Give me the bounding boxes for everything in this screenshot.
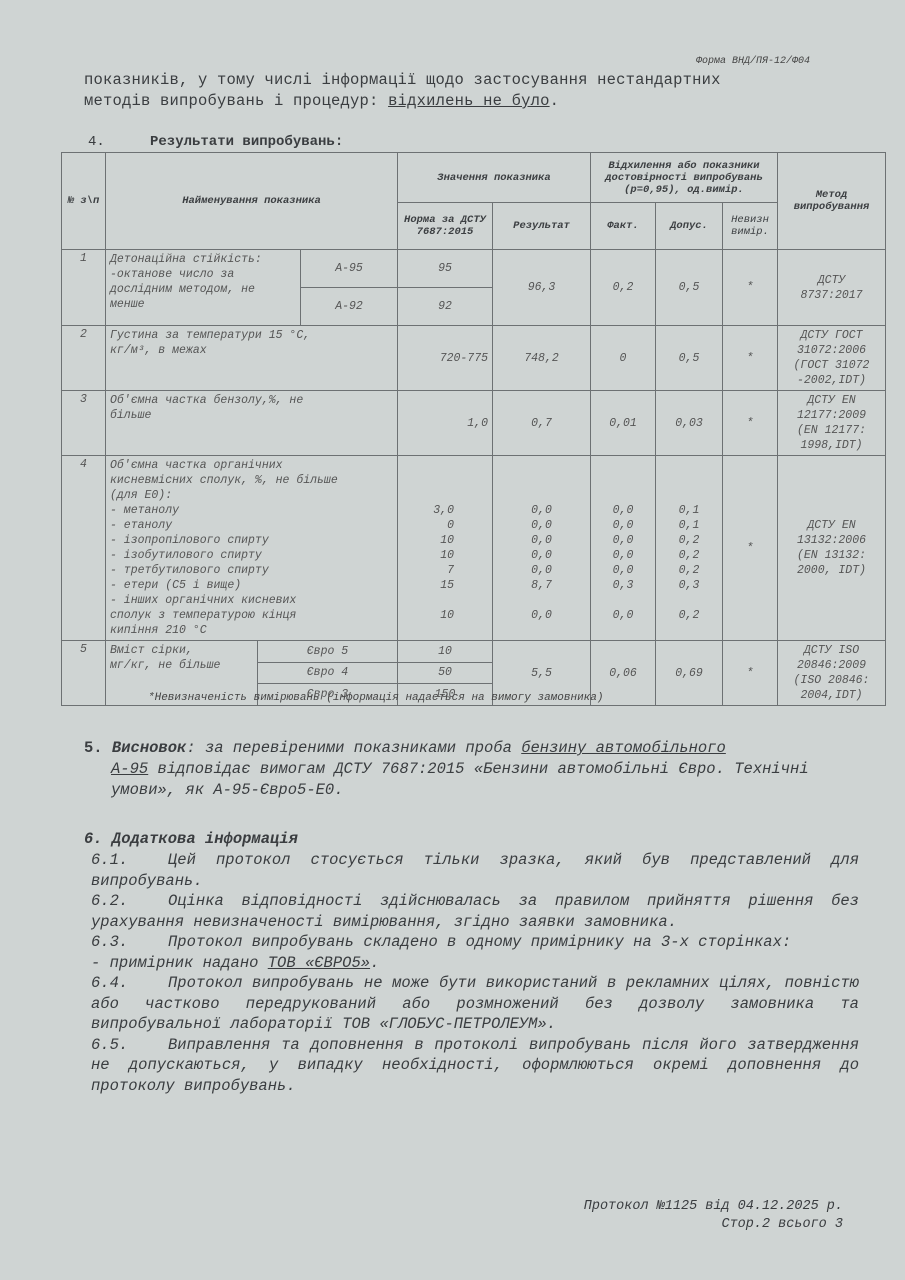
row-norm: 95: [398, 250, 493, 288]
section-5-underlined-a: бензину автомобільного: [521, 739, 726, 757]
row-uncertainty: *: [723, 326, 778, 391]
row-result: 0,0 0,0 0,0 0,0 0,0 8,7 0,0: [493, 456, 591, 641]
intro-paragraph: показників, у тому числі інформації щодо…: [84, 70, 874, 112]
item-6-1: 6.1.Цей протокол стосується тільки зразк…: [91, 850, 859, 891]
header-tolerance: Допус.: [656, 203, 723, 250]
row-num: 5: [62, 641, 106, 706]
intro-suffix: .: [550, 92, 560, 110]
row-tolerance: 0,03: [656, 391, 723, 456]
row-tolerance: 0,5: [656, 326, 723, 391]
intro-line-1: показників, у тому числі інформації щодо…: [84, 70, 874, 91]
table-row: 5 Вміст сірки, мг/кг, не більше Євро 5 1…: [62, 641, 886, 663]
row-grade: А-92: [301, 288, 398, 326]
row-norm: 720-775: [398, 326, 493, 391]
page-footer: Протокол №1125 від 04.12.2025 р. Стор.2 …: [584, 1198, 843, 1234]
row-num: 4: [62, 456, 106, 641]
section-4-number: 4.: [88, 134, 150, 150]
intro-prefix: методів випробувань і процедур:: [84, 92, 388, 110]
row-method: ДСТУ ГОСТ 31072:2006 (ГОСТ 31072 -2002,I…: [778, 326, 886, 391]
row-norm: 50: [398, 662, 493, 684]
page-number: Стор.2 всього 3: [584, 1216, 843, 1234]
header-fact: Факт.: [591, 203, 656, 250]
row-num: 2: [62, 326, 106, 391]
row-uncertainty: *: [723, 641, 778, 706]
table-footnote: *Невизначеність вимірювань (інформація н…: [148, 692, 603, 704]
row-name: Об'ємна частка бензолу,%, не більше: [106, 391, 398, 456]
item-6-3-copy: - примірник надано ТОВ «ЄВРО5».: [91, 953, 859, 974]
row-fact: 0,2: [591, 250, 656, 326]
row-grade: Євро 5: [258, 641, 398, 663]
section-4-title: Результати випробувань:: [150, 134, 343, 150]
row-name: Густина за температури 15 °С, кг/м³, в м…: [106, 326, 398, 391]
row-method: ДСТУ ISO 20846:2009 (ISO 20846: 2004,IDT…: [778, 641, 886, 706]
header-value-group: Значення показника: [398, 153, 591, 203]
table-row: 3 Об'ємна частка бензолу,%, не більше 1,…: [62, 391, 886, 456]
results-table: № з\п Найменування показника Значення по…: [61, 152, 886, 706]
row-uncertainty: *: [723, 250, 778, 326]
row-tolerance: 0,5: [656, 250, 723, 326]
row-norm: 3,0 0 10 10 7 15 10: [398, 456, 493, 641]
intro-underlined: відхилень не було: [388, 92, 550, 110]
row-result: 0,7: [493, 391, 591, 456]
row-result: 748,2: [493, 326, 591, 391]
section-5-underlined-b: А-95: [111, 760, 148, 778]
section-5-label: Висновок: [112, 739, 186, 757]
header-num: № з\п: [62, 153, 106, 250]
row-result: 96,3: [493, 250, 591, 326]
header-result: Результат: [493, 203, 591, 250]
header-name: Найменування показника: [106, 153, 398, 250]
row-fact: 0,01: [591, 391, 656, 456]
row-uncertainty: *: [723, 391, 778, 456]
section-5-text-b: відповідає вимогам ДСТУ 7687:2015 «Бензи…: [111, 760, 809, 799]
row-method: ДСТУ EN 12177:2009 (EN 12177: 1998,IDT): [778, 391, 886, 456]
protocol-ref: Протокол №1125 від 04.12.2025 р.: [584, 1198, 843, 1216]
row-grade: А-95: [301, 250, 398, 288]
row-method: ДСТУ EN 13132:2006 (EN 13132: 2000, IDT): [778, 456, 886, 641]
item-6-5: 6.5.Виправлення та доповнення в протокол…: [91, 1035, 859, 1097]
header-norm: Норма за ДСТУ 7687:2015: [398, 203, 493, 250]
item-6-4: 6.4.Протокол випробувань не може бути ви…: [91, 973, 859, 1035]
section-5-text-a: : за перевіреними показниками проба: [186, 739, 521, 757]
row-grade: Євро 4: [258, 662, 398, 684]
row-tolerance: 0,69: [656, 641, 723, 706]
row-fact: 0,0 0,0 0,0 0,0 0,0 0,3 0,0: [591, 456, 656, 641]
row-name: Детонаційна стійкість: -октанове число з…: [106, 250, 301, 326]
item-6-3: 6.3.Протокол випробувань складено в одно…: [91, 932, 859, 953]
row-num: 1: [62, 250, 106, 326]
row-name: Об'ємна частка органічних кисневмісних с…: [106, 456, 398, 641]
form-code: Форма ВНД/ПЯ-12/Ф04: [696, 56, 810, 67]
row-norm: 1,0: [398, 391, 493, 456]
header-deviation-group: Відхилення або показники достовірності в…: [591, 153, 778, 203]
table-row: 2 Густина за температури 15 °С, кг/м³, в…: [62, 326, 886, 391]
row-norm: 10: [398, 641, 493, 663]
row-norm: 92: [398, 288, 493, 326]
section-4-heading: 4.Результати випробувань:: [88, 134, 343, 150]
row-tolerance: 0,1 0,1 0,2 0,2 0,2 0,3 0,2: [656, 456, 723, 641]
row-uncertainty: *: [723, 456, 778, 641]
item-6-2: 6.2.Оцінка відповідності здійснювалась з…: [91, 891, 859, 932]
header-method: Метод випробування: [778, 153, 886, 250]
section-5-conclusion: 5. Висновок: за перевіреними показниками…: [84, 738, 874, 801]
section-6-title: 6. Додаткова інформація: [84, 830, 298, 848]
row-num: 3: [62, 391, 106, 456]
table-row: 1 Детонаційна стійкість: -октанове число…: [62, 250, 886, 288]
row-fact: 0: [591, 326, 656, 391]
row-method: ДСТУ 8737:2017: [778, 250, 886, 326]
intro-line-2: методів випробувань і процедур: відхилен…: [84, 91, 874, 112]
section-5-number: 5.: [84, 739, 103, 757]
table-row: 4 Об'ємна частка органічних кисневмісних…: [62, 456, 886, 641]
header-uncertainty: Невизн вимір.: [723, 203, 778, 250]
section-6-items: 6.1.Цей протокол стосується тільки зразк…: [91, 850, 859, 1096]
